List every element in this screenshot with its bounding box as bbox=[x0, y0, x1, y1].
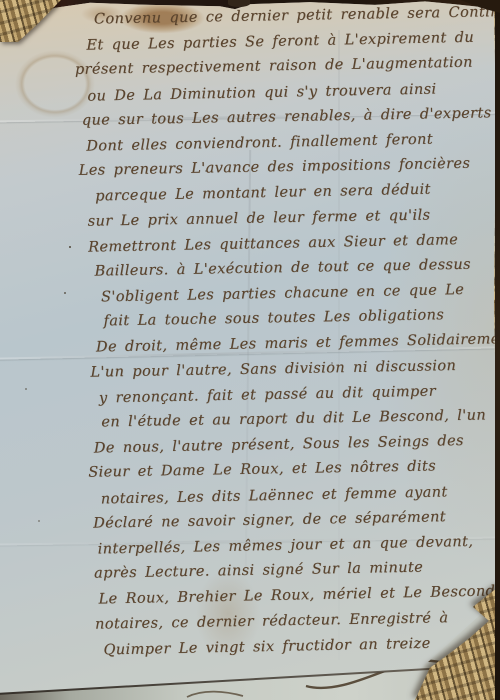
shadow-right-edge bbox=[495, 0, 500, 700]
torn-corner-bottom-right bbox=[0, 0, 500, 700]
manuscript-photo: Convenu que ce dernier petit renable ser… bbox=[0, 0, 500, 700]
torn-corner-top-left bbox=[0, 0, 64, 42]
wicker-through-tear bbox=[0, 0, 64, 42]
wicker-through-tear bbox=[0, 0, 500, 700]
